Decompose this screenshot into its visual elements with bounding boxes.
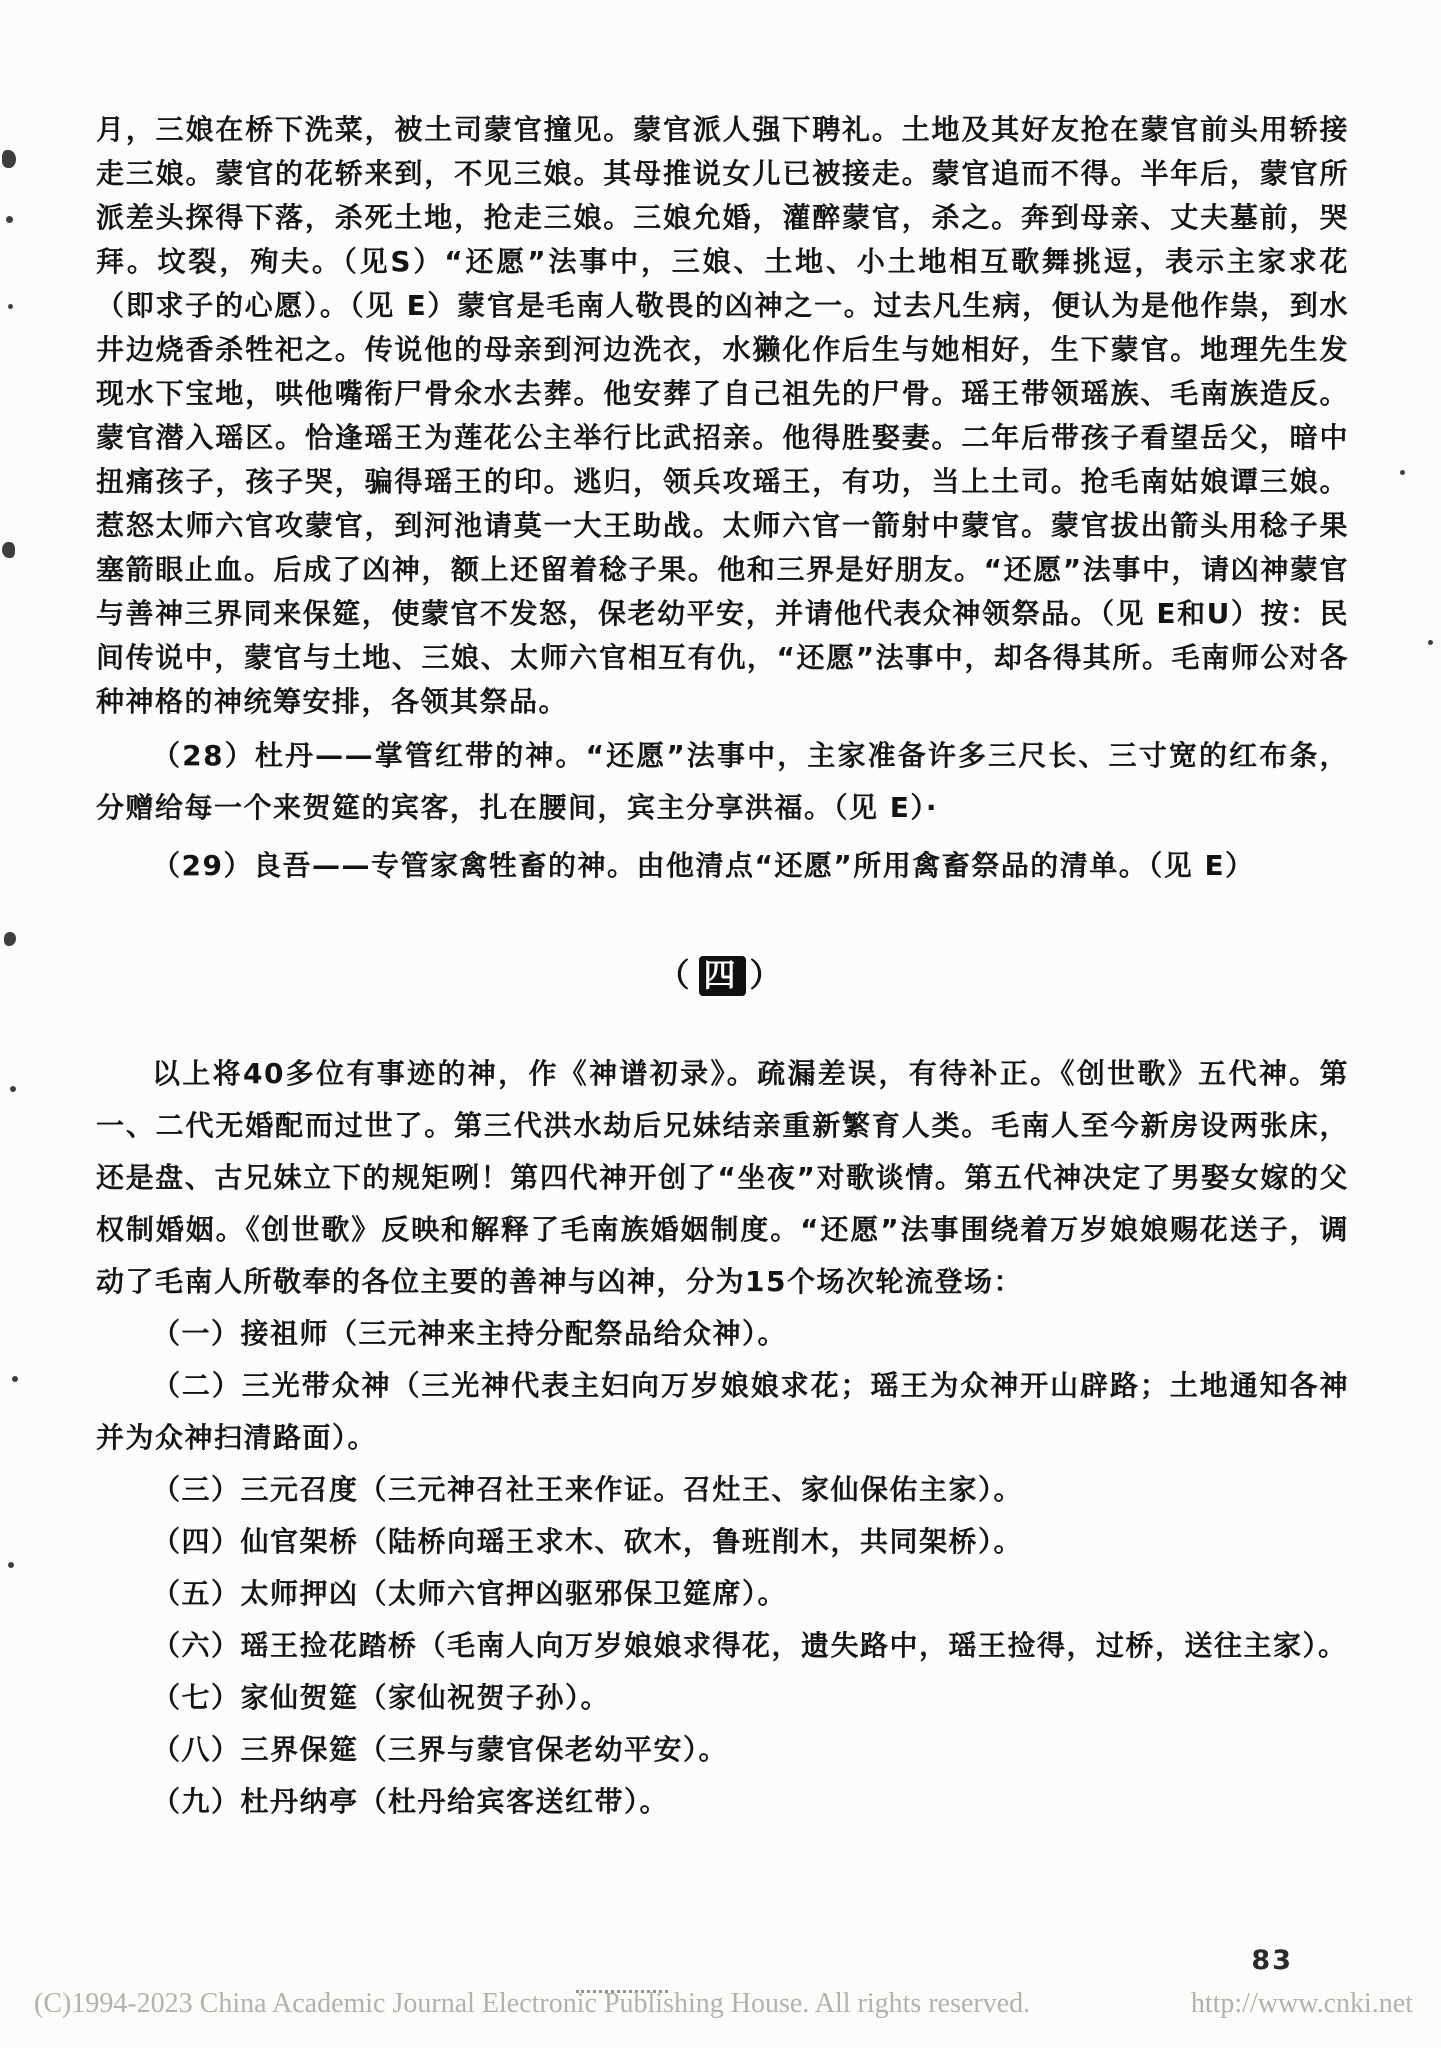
list-item: （四）仙官架桥（陆桥向瑶王求木、砍木，鲁班削木，共同架桥）。 (96, 1516, 1349, 1568)
page-content: 月，三娘在桥下洗菜，被土司蒙官撞见。蒙官派人强下聘礼。土地及其好友抢在蒙官前头用… (96, 108, 1349, 1828)
list-item: （八）三界保筵（三界与蒙官保老幼平安）。 (96, 1724, 1349, 1776)
list-item: （一）接祖师（三元神来主持分配祭品给众神）。 (96, 1308, 1349, 1360)
scan-artifact-speck (12, 1376, 18, 1382)
footer-url: http://www.cnki.net (1191, 1988, 1413, 2020)
boxed-numeral: 四 (699, 956, 745, 996)
scan-artifact-speck (8, 1562, 14, 1568)
scan-artifact-speck (8, 304, 13, 309)
list-item: （六）瑶王捡花踏桥（毛南人向万岁娘娘求得花，遗失路中，瑶王捡得，过桥，送往主家）… (96, 1620, 1349, 1672)
list-item: （五）太师押凶（太师六官押凶驱邪保卫筵席）。 (96, 1568, 1349, 1620)
footer-watermark: (C)1994-2023 China Academic Journal Elec… (34, 1988, 1413, 2020)
list-item: （三）三元召度（三元神召社王来作证。召灶王、家仙保佑主家）。 (96, 1464, 1349, 1516)
scan-artifact-speck (1400, 470, 1405, 475)
heading-close-paren: ） (750, 956, 788, 994)
paragraph-intro: 以上将40多位有事迹的神，作《神谱初录》。疏漏差误，有待补正。《创世歌》五代神。… (96, 1048, 1349, 1308)
scan-artifact-speck (10, 1086, 16, 1092)
section-heading: （四） (96, 950, 1349, 996)
scan-artifact-speck (1428, 640, 1433, 645)
list-item: （九）杜丹纳亭（杜丹给宾客送红带）。 (96, 1776, 1349, 1828)
list-item: （二）三光带众神（三光神代表主妇向万岁娘娘求花；瑶王为众神开山辟路；土地通知各神… (96, 1360, 1349, 1464)
scan-artifact-speck (2, 542, 15, 558)
paragraph-item-28: （28）杜丹——掌管红带的神。“还愿”法事中，主家准备许多三尺长、三寸宽的红布条… (96, 730, 1349, 834)
scanned-journal-page: 月，三娘在桥下洗菜，被土司蒙官撞见。蒙官派人强下聘礼。土地及其好友抢在蒙官前头用… (0, 0, 1441, 2048)
paragraph-item-29: （29）良吾——专管家禽牲畜的神。由他清点“还愿”所用禽畜祭品的清单。（见 E） (96, 840, 1349, 892)
heading-open-paren: （ (657, 956, 695, 994)
list-item: （七）家仙贺筵（家仙祝贺子孙）。 (96, 1672, 1349, 1724)
page-number: 83 (1251, 1945, 1293, 1976)
paragraph-continuation: 月，三娘在桥下洗菜，被土司蒙官撞见。蒙官派人强下聘礼。土地及其好友抢在蒙官前头用… (96, 108, 1349, 724)
scan-artifact-speck (6, 216, 13, 223)
footer-copyright: (C)1994-2023 China Academic Journal Elec… (34, 1988, 1030, 2020)
ritual-scenes-list: （一）接祖师（三元神来主持分配祭品给众神）。 （二）三光带众神（三光神代表主妇向… (96, 1308, 1349, 1828)
scan-artifact-speck (4, 932, 16, 946)
scan-artifact-speck (2, 150, 16, 168)
